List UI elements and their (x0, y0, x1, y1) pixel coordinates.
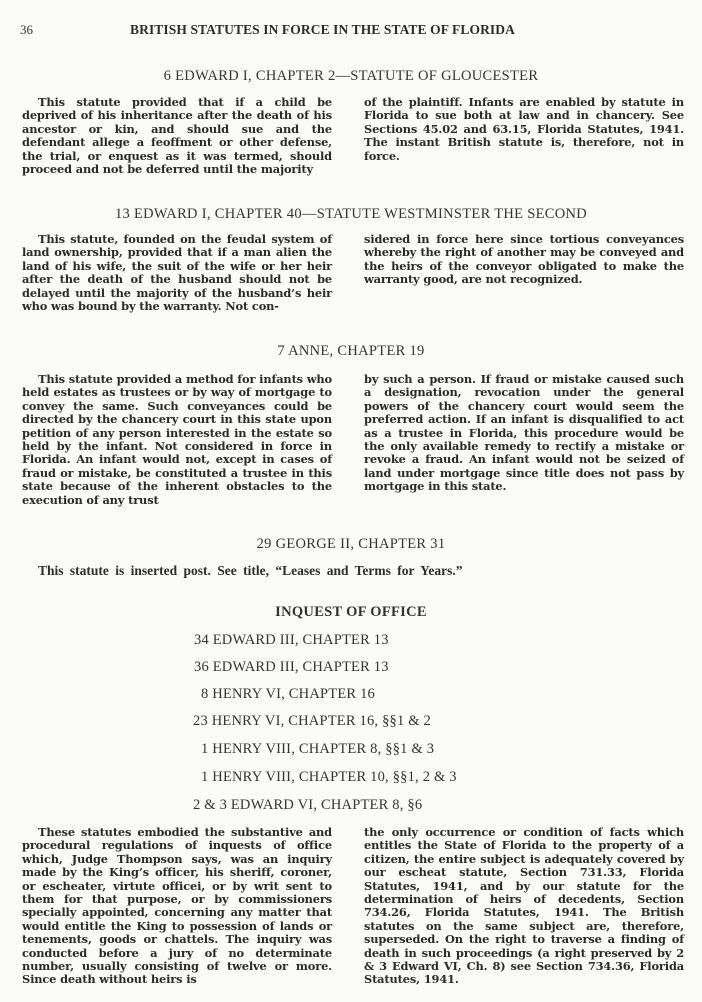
running-title: BRITISH STATUTES IN FORCE IN THE STATE O… (130, 22, 515, 38)
paragraph: This statute, founded on the feudal syst… (22, 233, 332, 313)
right-column-text: by such a person. If fraud or mistake ca… (364, 373, 684, 494)
statute-list-item: 36 EDWARD III, CHAPTER 13 (194, 659, 389, 676)
paragraph: by such a person. If fraud or mistake ca… (364, 373, 684, 494)
section-heading: 6 EDWARD I, CHAPTER 2—STATUTE OF GLOUCES… (0, 68, 702, 85)
paragraph: This statute provided a method for infan… (22, 373, 332, 507)
statute-list-item: 2 & 3 EDWARD VI, CHAPTER 8, §6 (193, 797, 422, 814)
left-column-text: This statute, founded on the feudal syst… (22, 233, 332, 313)
section-heading: 7 ANNE, CHAPTER 19 (0, 343, 702, 360)
paragraph: This statute provided that if a child be… (22, 96, 332, 176)
section-text: This statute is inserted post. See title… (38, 563, 463, 579)
statute-list-item: 1 HENRY VIII, CHAPTER 10, §§1, 2 & 3 (201, 769, 457, 786)
paragraph: of the plaintiff. Infants are enabled by… (364, 96, 684, 163)
statute-list-item: 34 EDWARD III, CHAPTER 13 (194, 632, 389, 649)
left-column-text: This statute provided a method for infan… (22, 373, 332, 507)
right-column-text: the only occurrence or condition of fact… (364, 826, 684, 987)
paragraph: These statutes embodied the substantive … (22, 826, 332, 987)
statute-list-item: 23 HENRY VI, CHAPTER 16, §§1 & 2 (193, 713, 431, 730)
paragraph: the only occurrence or condition of fact… (364, 826, 684, 987)
page-number: 36 (20, 22, 33, 38)
statute-list-item: 8 HENRY VI, CHAPTER 16 (201, 686, 375, 703)
left-column-text: This statute provided that if a child be… (22, 96, 332, 176)
section-heading: 13 EDWARD I, CHAPTER 40—STATUTE WESTMINS… (0, 206, 702, 223)
statute-list-item: 1 HENRY VIII, CHAPTER 8, §§1 & 3 (201, 741, 434, 758)
section-heading: 29 GEORGE II, CHAPTER 31 (0, 536, 702, 553)
section-heading: INQUEST OF OFFICE (0, 604, 702, 621)
right-column-text: of the plaintiff. Infants are enabled by… (364, 96, 684, 163)
left-column-text: These statutes embodied the substantive … (22, 826, 332, 987)
right-column-text: sidered in force here since tortious con… (364, 233, 684, 287)
paragraph: sidered in force here since tortious con… (364, 233, 684, 287)
